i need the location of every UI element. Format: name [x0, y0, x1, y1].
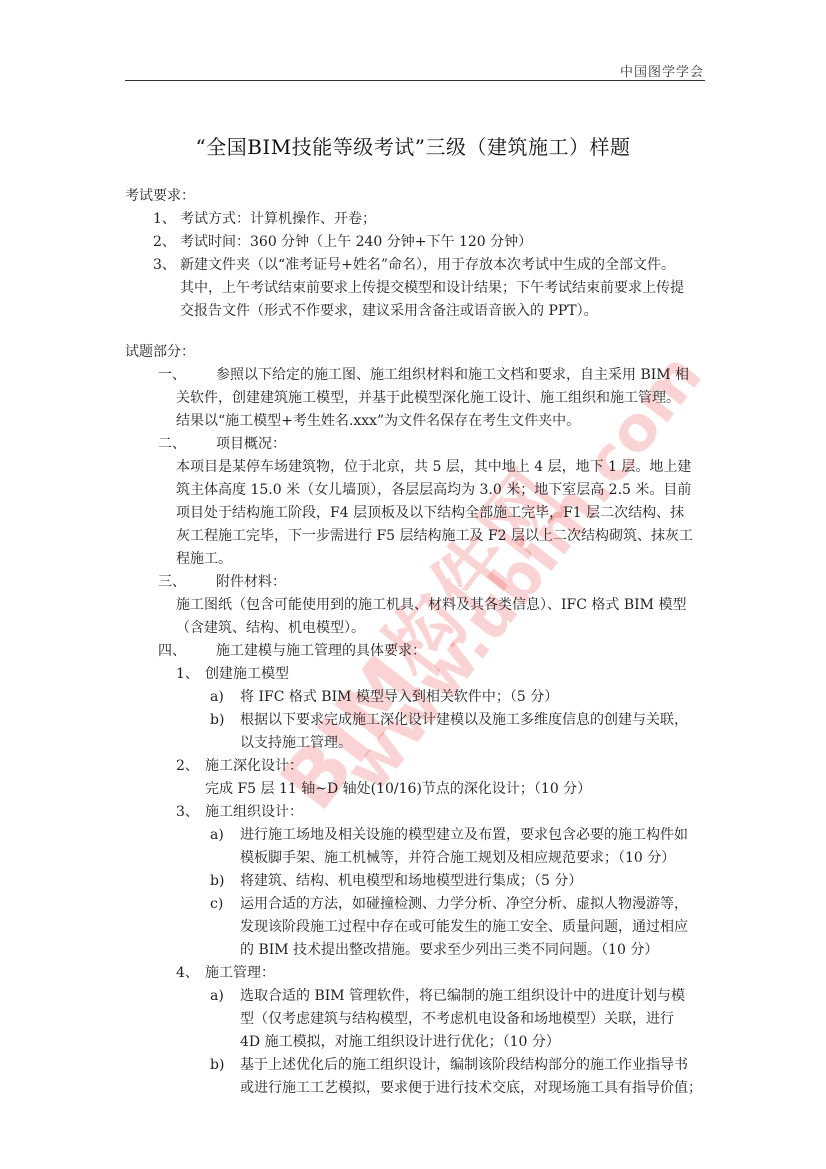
sub-2-num: 2、: [176, 756, 199, 776]
req-item-3-line-3: 交报告文件（形式不作要求，建议采用含备注或语音嵌入的 PPT）。: [180, 301, 598, 321]
sub-4-b-label: b): [210, 1055, 224, 1075]
section-3-line-2: （含建筑、结构、机电模型）。: [176, 618, 365, 638]
sub-3-c-line-3: 的 BIM 技术提出整改措施。要求至少列出三类不同问题。（10 分）: [240, 940, 658, 960]
sub-3-a-label: a): [210, 825, 224, 845]
section-4-num: 四、: [158, 641, 186, 661]
section-2-line-1: 本项目是某停车场建筑物，位于北京，共 5 层，其中地上 4 层，地下 1 层。地…: [176, 457, 691, 477]
section-3-num: 三、: [158, 572, 186, 592]
sub-4-a-line-2: 型（仅考虑建筑与结构模型，不考虑机电设备和场地模型）关联，进行: [240, 1009, 674, 1029]
sub-3-b-label: b): [210, 871, 224, 891]
sub-1-a-line-1: 将 IFC 格式 BIM 模型导入到相关软件中；（5 分）: [240, 687, 558, 707]
header-rule: [125, 80, 705, 81]
sub-1-num: 1、: [176, 664, 199, 684]
section-2-line-4: 灰工程施工完毕，下一步需进行 F5 层结构施工及 F2 层以上二次结构砌筑、抹灰…: [176, 526, 693, 546]
section-1-line-2: 关软件，创建建筑施工模型，并基于此模型深化施工设计、施工组织和施工管理。: [176, 388, 680, 408]
req-item-3-line-2: 其中，上午考试结束前要求上传提交模型和设计结果；下午考试结束前要求上传提: [180, 278, 684, 298]
sub-4-b-line-2: 或进行施工工艺模拟，要求便于进行技术交底，对现场施工具有指导价值；: [240, 1078, 702, 1098]
sub-4-b-line-1: 基于上述优化后的施工组织设计，编制该阶段结构部分的施工作业指导书: [240, 1055, 688, 1075]
sub-3-b-line-1: 将建筑、结构、机电模型和场地模型进行集成；（5 分）: [240, 871, 582, 891]
section-2-line-5: 程施工。: [176, 549, 232, 569]
section-4-heading: 施工建模与施工管理的具体要求：: [216, 641, 426, 661]
sub-3-c-line-1: 运用合适的方法，如碰撞检测、力学分析、净空分析、虚拟人物漫游等，: [240, 894, 688, 914]
section-1-line-1: 参照以下给定的施工图、施工组织材料和施工文档和要求，自主采用 BIM 相: [216, 365, 689, 385]
req-item-1-num: 1、: [153, 209, 176, 229]
section-3-heading: 附件材料：: [216, 572, 286, 592]
sub-4-a-line-1: 选取合适的 BIM 管理软件，将已编制的施工组织设计中的进度计划与模: [240, 986, 685, 1006]
questions-heading: 试题部分：: [125, 342, 195, 362]
sub-4-num: 4、: [176, 963, 199, 983]
section-3-line-1: 施工图纸（包含可能使用到的施工机具、材料及其各类信息）、IFC 格式 BIM 模…: [176, 595, 686, 615]
header-organization: 中国图学学会: [620, 61, 704, 80]
sub-4-a-line-3: 4D 施工模拟，对施工组织设计进行优化；（10 分）: [240, 1032, 560, 1052]
sub-3-a-line-1: 进行施工场地及相关设施的模型建立及布置，要求包含必要的施工构件如: [240, 825, 688, 845]
section-2-heading: 项目概况：: [216, 434, 286, 454]
section-2-line-2: 筑主体高度 15.0 米（女儿墙顶），各层层高均为 3.0 米；地下室层高 2.…: [176, 480, 691, 500]
sub-3-c-label: c): [210, 894, 223, 914]
requirements-heading: 考试要求：: [125, 186, 195, 206]
document-title: “全国BIM技能等级考试”三级（建筑施工）样题: [0, 131, 826, 160]
req-item-1-text: 考试方式：计算机操作、开卷；: [180, 209, 376, 229]
req-item-2-text: 考试时间：360 分钟（上午 240 分钟+下午 120 分钟）: [180, 232, 532, 252]
section-1-num: 一、: [158, 365, 186, 385]
sub-3-c-line-2: 发现该阶段施工过程中存在或可能发生的施工安全、质量问题，通过相应: [240, 917, 688, 937]
sub-1-b-line-1: 根据以下要求完成施工深化设计建模以及施工多维度信息的创建与关联，: [240, 710, 688, 730]
sub-2-line-1: 完成 F5 层 11 轴~D 轴处(10/16)节点的深化设计；（10 分）: [205, 779, 591, 799]
req-item-3-num: 3、: [153, 255, 176, 275]
sub-1-heading: 创建施工模型: [205, 664, 289, 684]
section-1-line-3: 结果以“施工模型+考生姓名.xxx”为文件名保存在考生文件夹中。: [176, 411, 580, 431]
sub-3-a-line-2: 模板脚手架、施工机械等，并符合施工规划及相应规范要求；（10 分）: [240, 848, 675, 868]
section-2-line-3: 项目处于结构施工阶段，F4 层顶板及以下结构全部施工完毕，F1 层二次结构、抹: [176, 503, 684, 523]
sub-4-a-label: a): [210, 986, 224, 1006]
req-item-2-num: 2、: [153, 232, 176, 252]
sub-1-b-label: b): [210, 710, 224, 730]
sub-1-b-line-2: 以支持施工管理。: [240, 733, 352, 753]
section-2-num: 二、: [158, 434, 186, 454]
sub-1-a-label: a): [210, 687, 224, 707]
req-item-3-line-1: 新建文件夹（以“准考证号+姓名”命名），用于存放本次考试中生成的全部文件。: [180, 255, 675, 275]
sub-3-heading: 施工组织设计：: [205, 802, 303, 822]
sub-4-heading: 施工管理：: [205, 963, 275, 983]
sub-3-num: 3、: [176, 802, 199, 822]
sub-2-heading: 施工深化设计：: [205, 756, 303, 776]
document-page: BIM构件网 www.ubim.com 中国图学学会 “全国BIM技能等级考试”…: [0, 0, 826, 1169]
watermark-url: www.ubim.com: [330, 340, 716, 805]
